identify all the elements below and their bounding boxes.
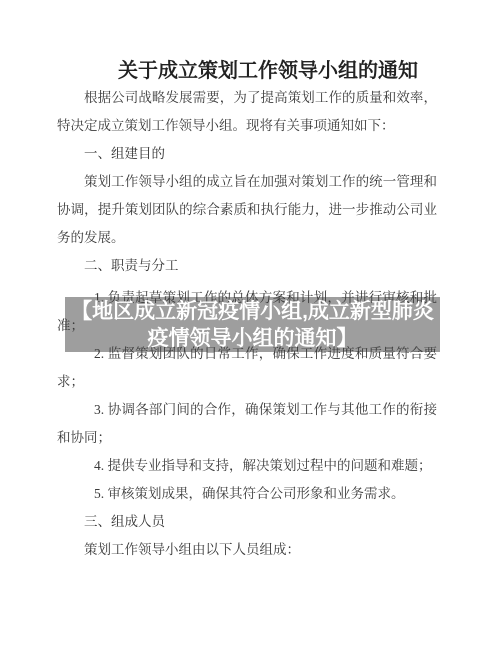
section-heading-2: 二、职责与分工 bbox=[57, 252, 437, 280]
list-item: 5. 审核策划成果，确保其符合公司形象和业务需求。 bbox=[57, 480, 437, 508]
section-heading-1: 一、组建目的 bbox=[57, 140, 437, 168]
section-3-paragraph: 策划工作领导小组由以下人员组成： bbox=[57, 536, 437, 564]
intro-paragraph: 根据公司战略发展需要，为了提高策划工作的质量和效率，特决定成立策划工作领导小组。… bbox=[57, 84, 437, 140]
list-item: 4. 提供专业指导和支持，解决策划过程中的问题和难题； bbox=[57, 452, 437, 480]
list-item: 3. 协调各部门间的合作，确保策划工作与其他工作的衔接和协同； bbox=[57, 396, 437, 452]
section-1-paragraph: 策划工作领导小组的成立旨在加强对策划工作的统一管理和协调，提升策划团队的综合素质… bbox=[57, 168, 437, 252]
section-heading-3: 三、组成人员 bbox=[57, 508, 437, 536]
document-title: 关于成立策划工作领导小组的通知 bbox=[0, 0, 500, 84]
caption-overlay-text: 【地区成立新冠疫情小组,成立新型肺炎疫情领导小组的通知】 bbox=[65, 297, 440, 353]
document-page: 关于成立策划工作领导小组的通知 根据公司战略发展需要，为了提高策划工作的质量和效… bbox=[0, 0, 500, 647]
